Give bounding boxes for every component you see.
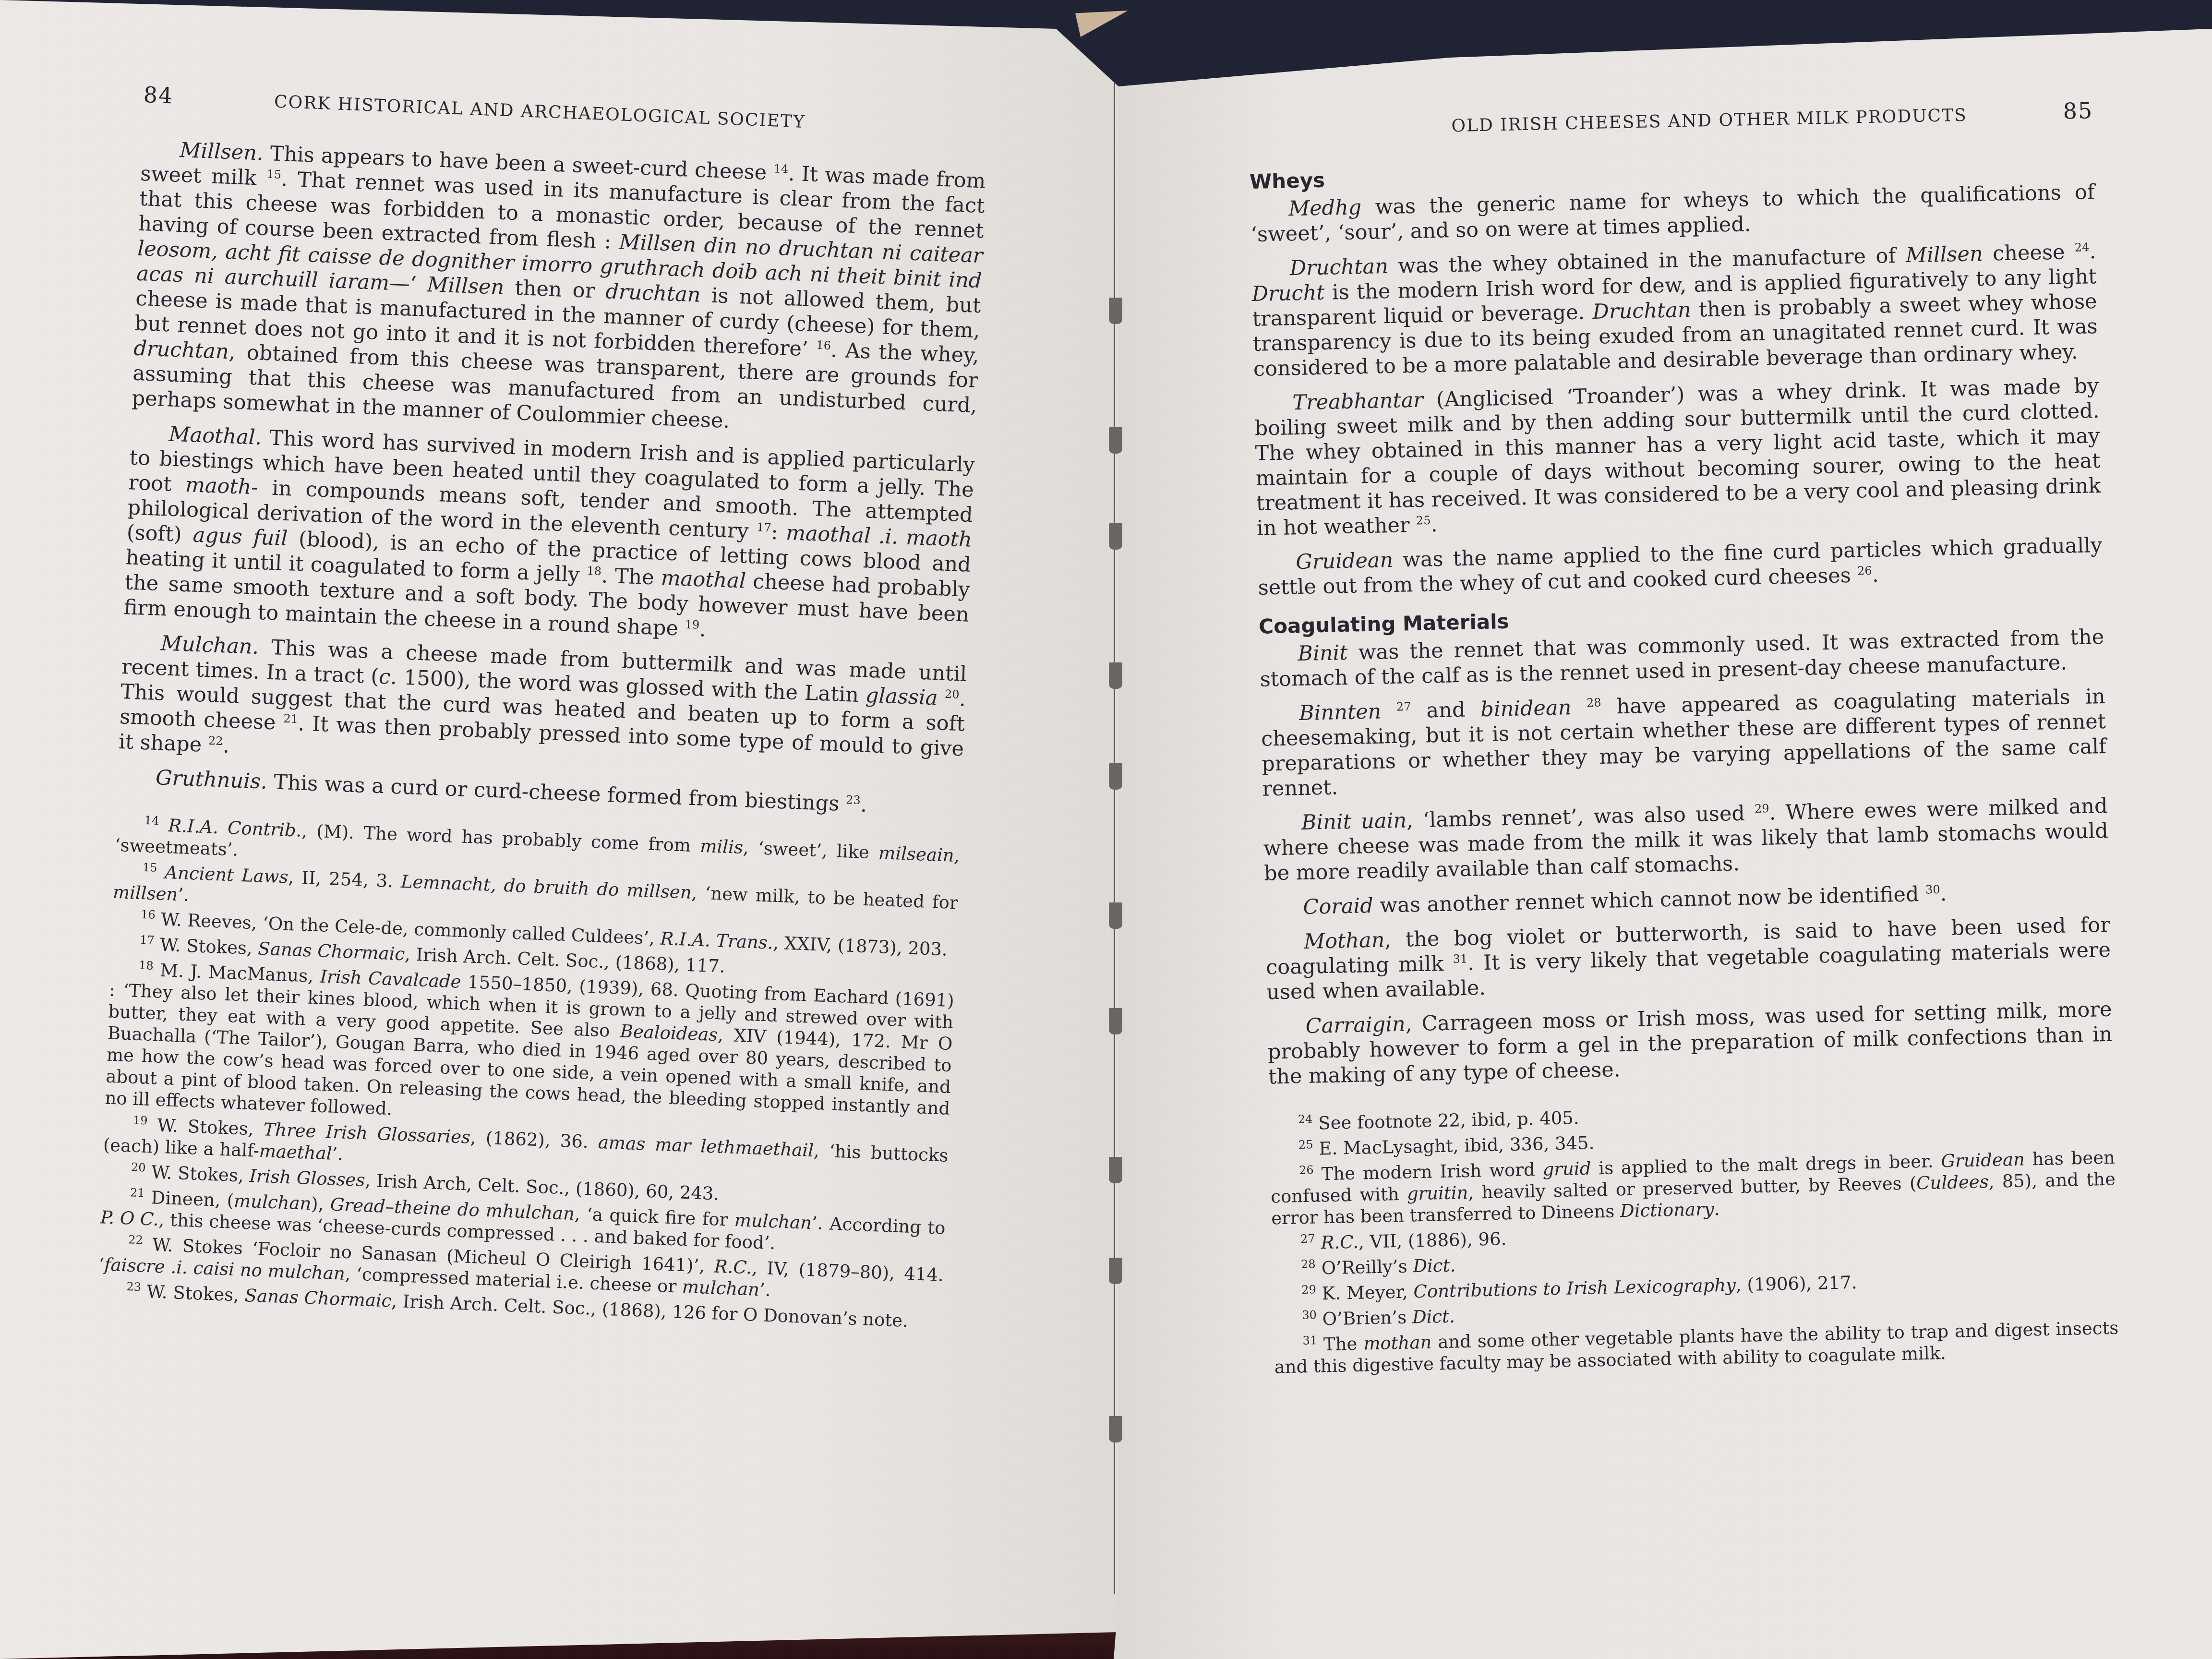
- running-head-right: OLD IRISH CHEESES AND OTHER MILK PRODUCT…: [1248, 97, 2093, 141]
- paragraph: Mulchan. This was a cheese made from but…: [118, 629, 967, 786]
- right-page: OLD IRISH CHEESES AND OTHER MILK PRODUCT…: [1114, 0, 2212, 1659]
- paragraph: Millsen. This appears to have been a swe…: [132, 136, 986, 443]
- paragraph: Mothan, the bog violet or butterworth, i…: [1265, 913, 2112, 1005]
- right-page-content: OLD IRISH CHEESES AND OTHER MILK PRODUCT…: [1248, 97, 2119, 1382]
- running-head-title: CORK HISTORICAL AND ARCHAEOLOGICAL SOCIE…: [274, 92, 805, 132]
- term: Gruthnuis.: [155, 766, 267, 794]
- left-page: 84 CORK HISTORICAL AND ARCHAEOLOGICAL SO…: [0, 0, 1118, 1659]
- binding-stitch: [1109, 662, 1122, 689]
- footnotes: 14 R.I.A. Contrib., (M). The word has pr…: [97, 813, 960, 1333]
- binding-stitch: [1109, 427, 1122, 454]
- term: Maothal.: [168, 422, 262, 450]
- binding-stitch: [1109, 1008, 1122, 1034]
- binding-stitch: [1109, 1416, 1122, 1443]
- page-number: 84: [143, 82, 174, 108]
- footnote: 18 M. J. MacManus, Irish Cavalcade 1550–…: [105, 958, 955, 1141]
- paragraph: Binnten 27 and binidean 28 have appeared…: [1261, 684, 2107, 802]
- running-head-left: 84 CORK HISTORICAL AND ARCHAEOLOGICAL SO…: [143, 82, 988, 140]
- term: Millsen.: [180, 138, 264, 166]
- paragraph: Coraid was another rennet which cannot n…: [1264, 878, 2110, 921]
- page-number: 85: [2063, 97, 2093, 124]
- paragraph: Binit uain, ‘lambs rennet’, was also use…: [1262, 793, 2109, 886]
- body-text: WheysMedhg was the generic name for whey…: [1249, 152, 2113, 1089]
- left-page-content: 84 CORK HISTORICAL AND ARCHAEOLOGICAL SO…: [97, 82, 988, 1337]
- paragraph: Carraigin, Carrageen moss or Irish moss,…: [1267, 997, 2113, 1090]
- paragraph: Maothal. This word has survived in moder…: [123, 420, 975, 652]
- running-head-title: OLD IRISH CHEESES AND OTHER MILK PRODUCT…: [1451, 106, 1967, 136]
- binding-stitch: [1109, 1157, 1122, 1183]
- term: Mulchan.: [160, 631, 259, 659]
- paragraph: Gruidean was the name applied to the fin…: [1257, 533, 2103, 601]
- binding-stitch: [1109, 523, 1122, 550]
- paragraph: Treabhantar (Anglicised ‘Troander’) was …: [1254, 373, 2102, 541]
- binding-stitch: [1109, 1258, 1122, 1284]
- body-text: Millsen. This appears to have been a swe…: [117, 136, 986, 821]
- footnote: 26 The modern Irish word gruid is applie…: [1270, 1147, 2116, 1229]
- binding-stitch: [1109, 763, 1122, 790]
- footnotes: 24 See footnote 22, ibid, p. 405.25 E. M…: [1269, 1096, 2119, 1378]
- paragraph: Druchtan was the whey obtained in the ma…: [1251, 239, 2098, 382]
- binding-stitch: [1109, 298, 1122, 324]
- binding-stitch: [1109, 902, 1122, 929]
